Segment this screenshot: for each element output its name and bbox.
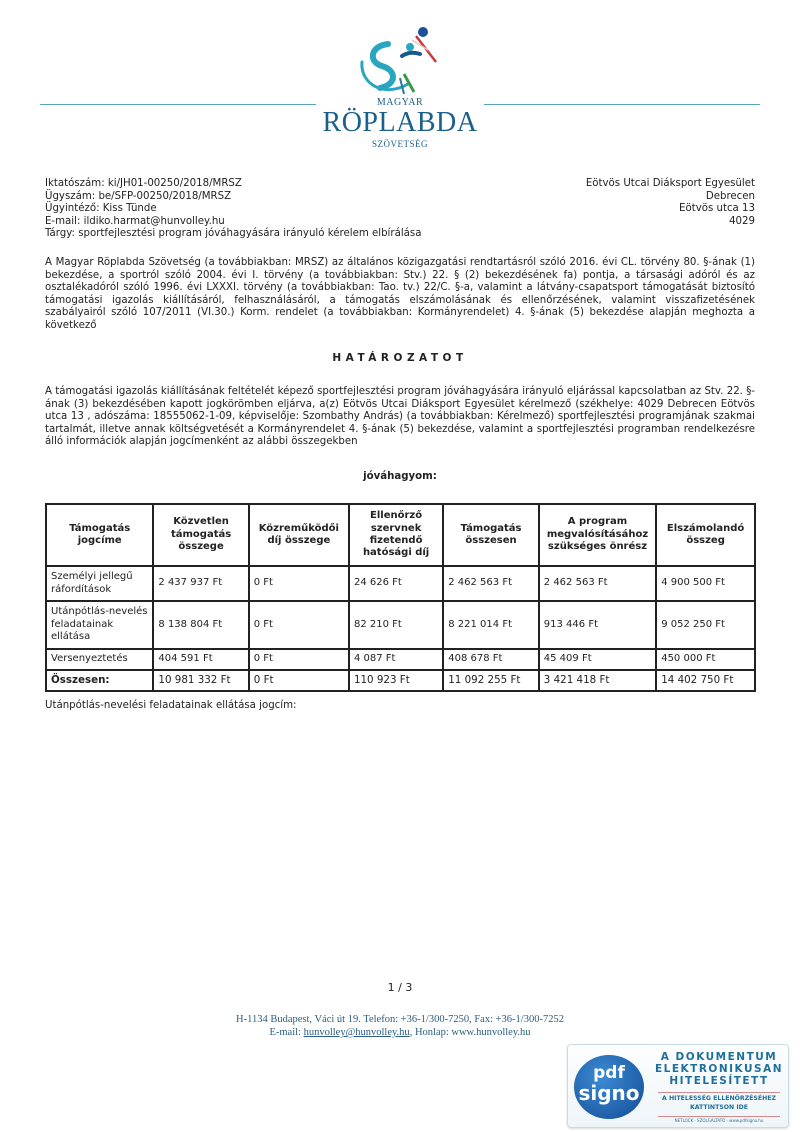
cell-authority-fee: 4 087 Ft [349,649,443,670]
email-prefix: E-mail: [269,1027,303,1038]
col-header-accountable-amount: Elszámolandó összeg [656,504,755,566]
cell-accountable-amount: 9 052 250 Ft [656,601,755,649]
recipient-city: Debrecen [586,191,755,204]
case-meta: Iktatószám: ki/JH01-00250/2018/MRSZ Ügys… [45,178,421,241]
section-label: Utánpótlás-nevelési feladatainak ellátás… [45,700,296,711]
footer-contact: H-1134 Budapest, Váci út 19. Telefon: +3… [0,1013,800,1039]
col-header-authority-fee: Ellenőrző szervnek fizetendő hatósági dí… [349,504,443,566]
badge-divider [658,1116,780,1117]
case-officer: Ügyintéző: Kiss Tünde [45,203,421,216]
table-header-row: Támogatás jogcíme Közvetlen támogatás ös… [46,504,755,566]
officer-email: E-mail: ildiko.harmat@hunvolley.hu [45,216,421,229]
filing-number: Iktatószám: ki/JH01-00250/2018/MRSZ [45,178,421,191]
cell-total-support: 408 678 Ft [443,649,539,670]
table-row: Versenyeztetés 404 591 Ft 0 Ft 4 087 Ft … [46,649,755,670]
badge-divider [658,1092,780,1093]
cell-own-contribution: 913 446 Ft [539,601,656,649]
cell-agent-fee: 0 Ft [249,649,349,670]
cell-accountable-amount: 450 000 Ft [656,649,755,670]
total-direct-support: 10 981 332 Ft [153,670,248,691]
cell-direct-support: 8 138 804 Ft [153,601,248,649]
badge-title: A DOKUMENTUM ELEKTRONIKUSAN HITELESÍTETT [654,1051,784,1088]
table-row: Személyi jellegű ráfordítások 2 437 937 … [46,566,755,601]
col-header-agent-fee: Közreműködői díj összege [249,504,349,566]
footer-email-link[interactable]: hunvolley@hunvolley.hu [304,1027,410,1038]
pdfsigno-logo-icon: pdf signo [574,1055,644,1119]
col-header-total-support: Támogatás összesen [443,504,539,566]
pdfsigno-verification-badge[interactable]: pdf signo A DOKUMENTUM ELEKTRONIKUSAN HI… [567,1044,789,1128]
cell-own-contribution: 45 409 Ft [539,649,656,670]
decision-paragraph: A támogatási igazolás kiállításának felt… [45,386,755,449]
cell-own-contribution: 2 462 563 Ft [539,566,656,601]
legal-basis-paragraph: A Magyar Röplabda Szövetség (a továbbiak… [45,257,755,333]
approval-label: jóváhagyom: [0,471,800,482]
col-header-own-contribution: A program megvalósításához szükséges önr… [539,504,656,566]
cell-authority-fee: 82 210 Ft [349,601,443,649]
decision-heading: HATÁROZATOT [0,352,800,364]
cell-total-support: 2 462 563 Ft [443,566,539,601]
badge-title-line: ELEKTRONIKUSAN [654,1063,784,1075]
cell-direct-support: 2 437 937 Ft [153,566,248,601]
subject-line: Tárgy: sportfejlesztési program jóváhagy… [45,228,421,241]
recipient-address: Eötvös Utcai Diáksport Egyesület Debrece… [586,178,755,228]
pdfsigno-logo-bottom: signo [574,1082,644,1104]
cell-total-support: 8 221 014 Ft [443,601,539,649]
cell-authority-fee: 24 626 Ft [349,566,443,601]
cell-accountable-amount: 4 900 500 Ft [656,566,755,601]
row-label: Személyi jellegű ráfordítások [46,566,153,601]
footer-links: E-mail: hunvolley@hunvolley.hu, Honlap: … [0,1026,800,1039]
org-name-sub: SZÖVETSÉG [0,139,800,149]
total-label: Összesen: [46,670,153,691]
recipient-postcode: 4029 [586,216,755,229]
org-name-main: RÖPLABDA [0,108,800,138]
cell-agent-fee: 0 Ft [249,601,349,649]
recipient-street: Eötvös utca 13 [586,203,755,216]
web-prefix: , Honlap: [410,1027,452,1038]
col-header-direct-support: Közvetlen támogatás összege [153,504,248,566]
pdfsigno-logo-top: pdf [574,1064,644,1082]
badge-sub-line: KATTINTSON IDE [654,1104,784,1113]
grant-summary-table: Támogatás jogcíme Közvetlen támogatás ös… [45,503,756,692]
footer-web-link[interactable]: www.hunvolley.hu [451,1027,530,1038]
badge-sub-line: A HITELESSÉG ELLENŐRZÉSÉHEZ [654,1095,784,1104]
total-agent-fee: 0 Ft [249,670,349,691]
cell-direct-support: 404 591 Ft [153,649,248,670]
cell-agent-fee: 0 Ft [249,566,349,601]
badge-verify-link[interactable]: A HITELESSÉG ELLENŐRZÉSÉHEZ KATTINTSON I… [654,1095,784,1112]
row-label: Versenyeztetés [46,649,153,670]
row-label: Utánpótlás-nevelés feladatainak ellátása [46,601,153,649]
col-header-grant-title: Támogatás jogcíme [46,504,153,566]
footer-address: H-1134 Budapest, Váci út 19. Telefon: +3… [0,1013,800,1026]
total-own-contribution: 3 421 418 Ft [539,670,656,691]
table-total-row: Összesen: 10 981 332 Ft 0 Ft 110 923 Ft … [46,670,755,691]
page-number: 1 / 3 [0,981,800,994]
case-number: Ügyszám: be/SFP-00250/2018/MRSZ [45,191,421,204]
badge-fine-print: NETLOCK · SZOLGÁLTATÓ · www.pdfsigno.hu [654,1118,784,1123]
total-accountable-amount: 14 402 750 Ft [656,670,755,691]
total-support: 11 092 255 Ft [443,670,539,691]
badge-title-line: HITELESÍTETT [654,1075,784,1087]
table-row: Utánpótlás-nevelés feladatainak ellátása… [46,601,755,649]
recipient-name: Eötvös Utcai Diáksport Egyesület [586,178,755,191]
total-authority-fee: 110 923 Ft [349,670,443,691]
volleyball-player-logo-icon [350,22,450,102]
badge-title-line: A DOKUMENTUM [654,1051,784,1063]
